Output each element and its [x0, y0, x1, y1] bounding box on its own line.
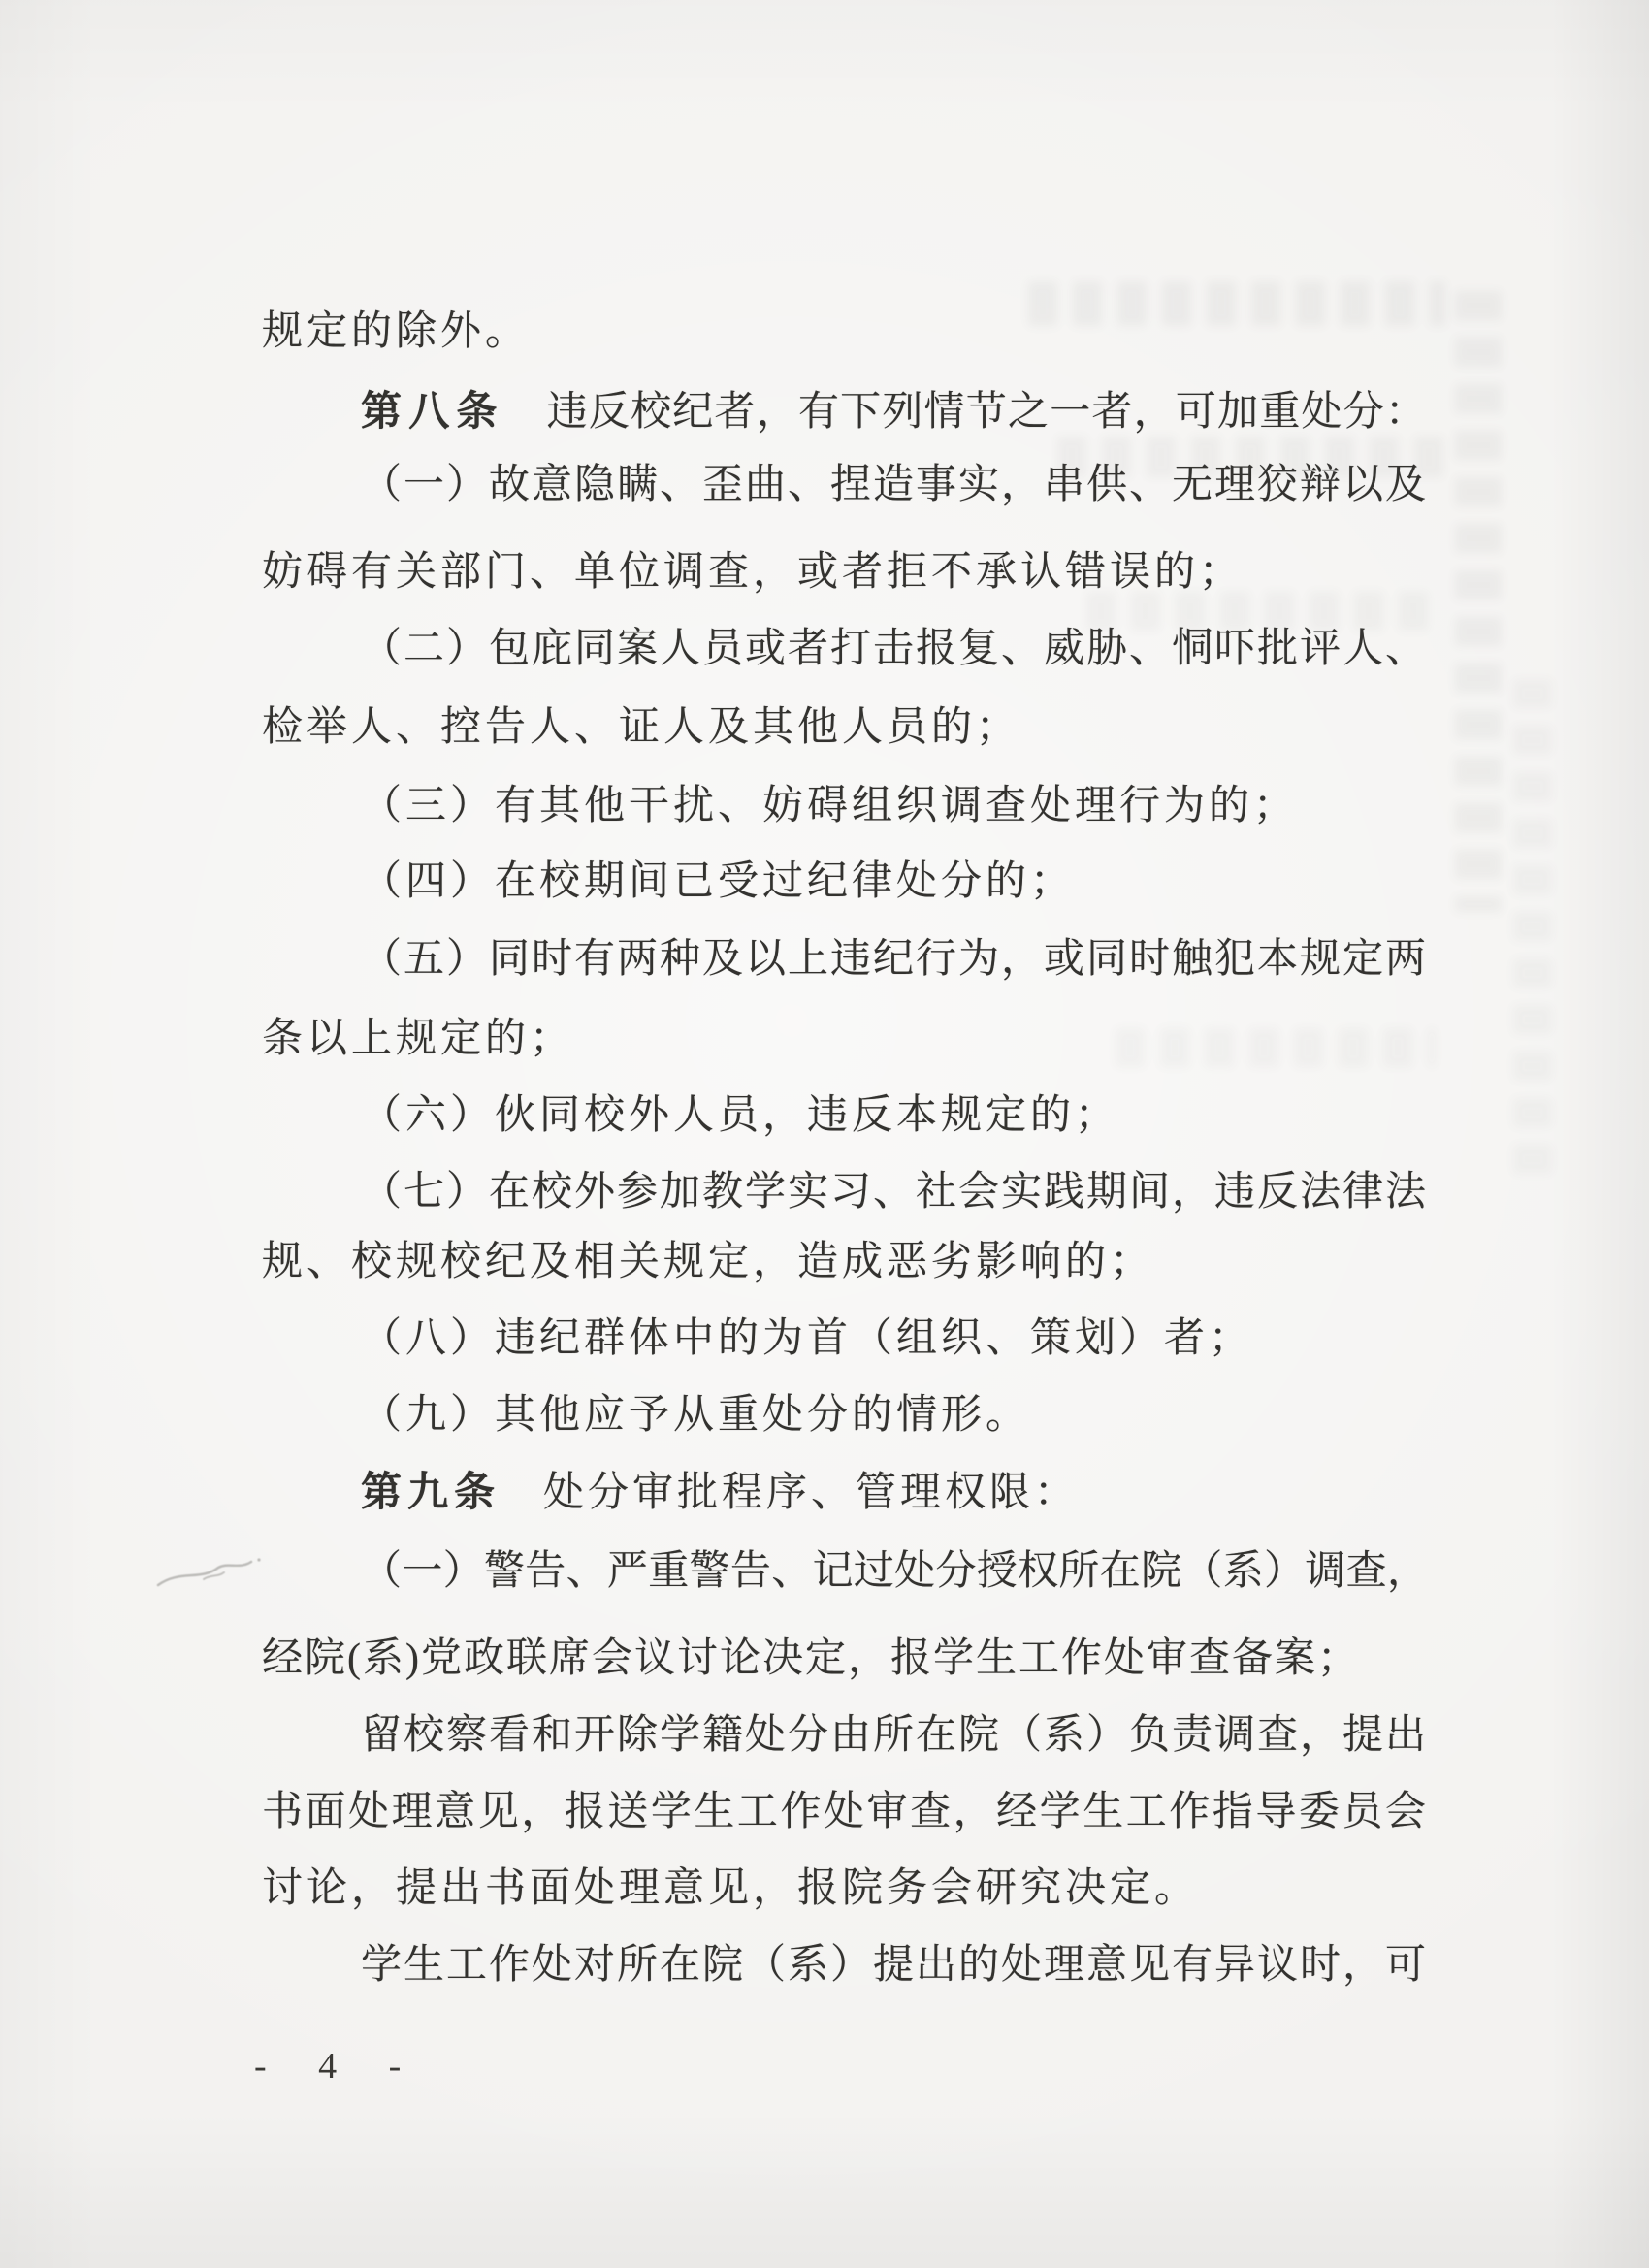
scan-artifact — [1028, 281, 1445, 326]
text-line: 留校察看和开除学籍处分由所在院（系）负责调查，提出 — [361, 1708, 1426, 1763]
text-line: 学生工作处对所在院（系）提出的处理意见有异议时，可 — [361, 1938, 1426, 1993]
text-line: 规定的除外。 — [262, 305, 530, 359]
text-line: （六）伙同校外人员，违反本规定的； — [361, 1088, 1119, 1143]
text-line: 检举人、控告人、证人及其他人员的； — [262, 700, 1020, 755]
line-text: （三）有其他干扰、妨碍组织调查处理行为的； — [361, 784, 1298, 828]
scanned-document-page: 规定的除外。 第八条违反校纪者，有下列情节之一者，可加重处分： （一）故意隐瞒、… — [0, 0, 1649, 2268]
line-text: 讨论，提出书面处理意见，报院务会研究决定。 — [262, 1866, 1199, 1911]
line-text: （九）其他应予从重处分的情形。 — [361, 1393, 1030, 1438]
line-text: （二）包庇同案人员或者打击报复、威胁、恫吓批评人、 — [361, 627, 1426, 671]
line-text: 处分审批程序、管理权限： — [543, 1471, 1079, 1515]
line-text: 规、校规校纪及相关规定，造成恶劣影响的； — [262, 1240, 1154, 1284]
text-line: 经院(系)党政联席会议讨论决定，报学生工作处审查备案； — [262, 1632, 1360, 1686]
line-text: 学生工作处对所在院（系）提出的处理意见有异议时，可 — [361, 1943, 1426, 1988]
pencil-mark — [150, 1540, 286, 1618]
text-line: 条以上规定的； — [262, 1012, 574, 1066]
text-line: （七）在校外参加教学实习、社会实践期间，违反法律法 — [361, 1165, 1426, 1219]
text-line: （一）故意隐瞒、歪曲、捏造事实，串供、无理狡辩以及 — [361, 458, 1426, 512]
line-text: （七）在校外参加教学实习、社会实践期间，违反法律法 — [361, 1170, 1426, 1215]
article-number: 第九条 — [361, 1471, 501, 1515]
text-line: （八）违纪群体中的为首（组织、策划）者； — [361, 1312, 1253, 1366]
line-text: 留校察看和开除学籍处分由所在院（系）负责调查，提出 — [361, 1713, 1426, 1758]
text-line: （九）其他应予从重处分的情形。 — [361, 1388, 1030, 1442]
line-text: 书面处理意见，报送学生工作处审查，经学生工作指导委员会 — [262, 1790, 1426, 1834]
line-text: （一）故意隐瞒、歪曲、捏造事实，串供、无理狡辩以及 — [361, 463, 1426, 507]
line-text: 违反校纪者，有下列情节之一者，可加重处分： — [547, 390, 1426, 435]
line-text: （八）违纪群体中的为首（组织、策划）者； — [361, 1316, 1253, 1361]
text-line: （四）在校期间已受过纪律处分的； — [361, 855, 1075, 909]
text-line: （二）包庇同案人员或者打击报复、威胁、恫吓批评人、 — [361, 622, 1426, 676]
text-line: 妨碍有关部门、单位调查，或者拒不承认错误的； — [262, 545, 1244, 599]
text-line: （五）同时有两种及以上违纪行为，或同时触犯本规定两 — [361, 932, 1426, 987]
text-line: （一）警告、严重警告、记过处分授权所在院（系）调查， — [361, 1544, 1428, 1599]
scan-artifact — [1455, 291, 1502, 912]
text-line: 第九条处分审批程序、管理权限： — [361, 1466, 1079, 1520]
line-text: （五）同时有两种及以上违纪行为，或同时触犯本规定两 — [361, 937, 1426, 982]
scan-artifact — [1115, 1028, 1436, 1067]
line-text: 检举人、控告人、证人及其他人员的； — [262, 705, 1020, 750]
page-number: - 4 - — [254, 2045, 422, 2088]
line-text: 经院(系)党政联席会议讨论决定，报学生工作处审查备案； — [262, 1636, 1360, 1681]
article-number: 第八条 — [361, 390, 504, 435]
line-text: （四）在校期间已受过纪律处分的； — [361, 859, 1075, 904]
line-text: （六）伙同校外人员，违反本规定的； — [361, 1093, 1119, 1138]
line-text: 条以上规定的； — [262, 1017, 574, 1061]
line-text: 规定的除外。 — [262, 309, 530, 354]
scan-artifact — [1513, 679, 1552, 1183]
line-text: （一）警告、严重警告、记过处分授权所在院（系）调查， — [361, 1549, 1428, 1594]
line-text: 妨碍有关部门、单位调查，或者拒不承认错误的； — [262, 550, 1244, 595]
text-line: 讨论，提出书面处理意见，报院务会研究决定。 — [262, 1862, 1199, 1916]
text-line: 第八条违反校纪者，有下列情节之一者，可加重处分： — [361, 385, 1426, 439]
text-line: 书面处理意见，报送学生工作处审查，经学生工作指导委员会 — [262, 1785, 1426, 1839]
text-line: 规、校规校纪及相关规定，造成恶劣影响的； — [262, 1235, 1154, 1289]
text-line: （三）有其他干扰、妨碍组织调查处理行为的； — [361, 779, 1298, 833]
